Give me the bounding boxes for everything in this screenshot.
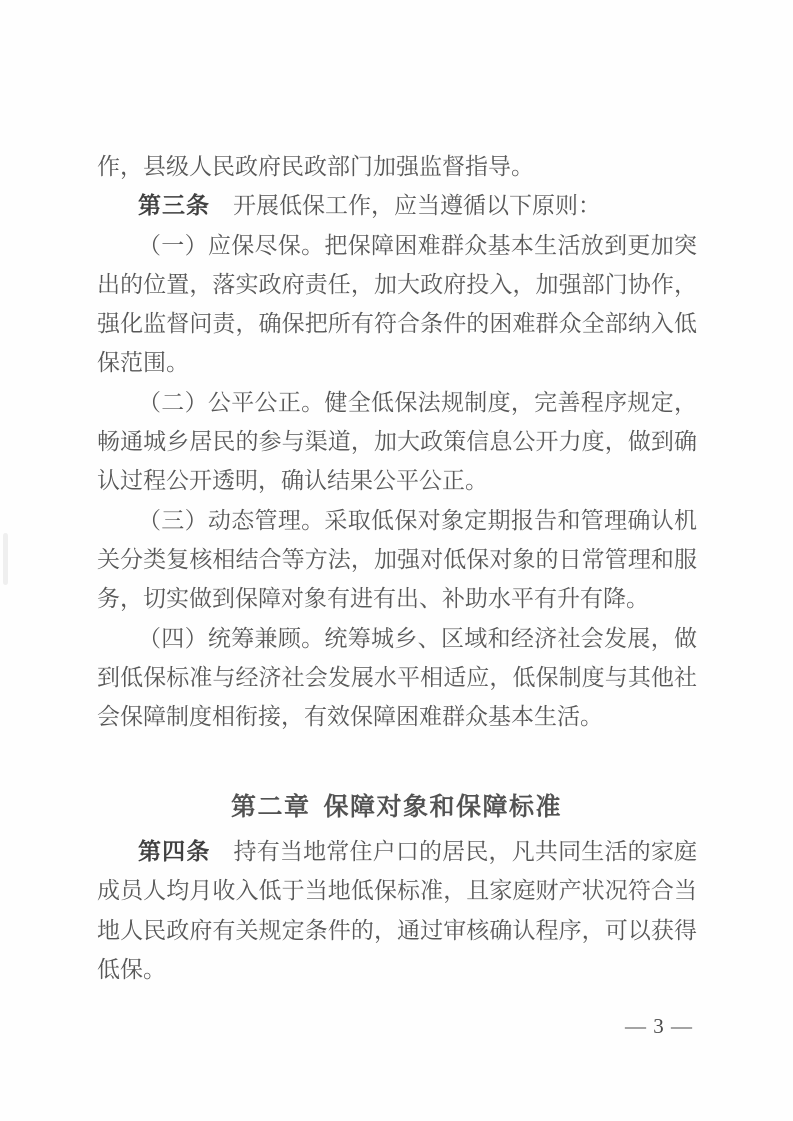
article-4-line: 第四条持有当地常住户口的居民，凡共同生活的家庭 xyxy=(97,832,697,871)
item-1-line: 强化监督问责，确保把所有符合条件的困难群众全部纳入低 xyxy=(97,304,697,343)
item-2-line: 畅通城乡居民的参与渠道，加大政策信息公开力度，做到确 xyxy=(97,422,697,461)
article-3-line: 第三条开展低保工作，应当遵循以下原则： xyxy=(97,186,697,225)
scanned-document-page: 作，县级人民政府民政部门加强监督指导。 第三条开展低保工作，应当遵循以下原则： … xyxy=(0,0,793,1121)
chapter-title: 保障对象和保障标准 xyxy=(324,793,563,821)
chapter-heading: 第二章保障对象和保障标准 xyxy=(0,789,793,825)
article-3-label: 第三条 xyxy=(138,193,210,218)
chapter-number: 第二章 xyxy=(231,793,311,821)
scan-artifact xyxy=(3,533,8,585)
article-4-label: 第四条 xyxy=(138,839,211,864)
item-4-line: （四）统筹兼顾。统筹城乡、区域和经济社会发展，做 xyxy=(97,619,697,658)
item-3-line: （三）动态管理。采取低保对象定期报告和管理确认机 xyxy=(97,501,697,540)
item-4-line: 到低保标准与经济社会发展水平相适应，低保制度与其他社 xyxy=(97,658,697,697)
item-2-line: 认过程公开透明，确认结果公平公正。 xyxy=(97,461,697,500)
item-3-line: 务，切实做到保障对象有进有出、补助水平有升有降。 xyxy=(97,579,697,618)
item-4-line: 会保障制度相衔接，有效保障困难群众基本生活。 xyxy=(97,697,697,736)
item-1-line: （一）应保尽保。把保障困难群众基本生活放到更加突 xyxy=(97,226,697,265)
article-4-line: 地人民政府有关规定条件的，通过审核确认程序，可以获得 xyxy=(97,911,697,950)
article-3-text: 开展低保工作，应当遵循以下原则： xyxy=(233,193,601,218)
document-body: 作，县级人民政府民政部门加强监督指导。 第三条开展低保工作，应当遵循以下原则： … xyxy=(97,147,697,736)
article-4-line: 低保。 xyxy=(97,950,697,989)
item-1-line: 保范围。 xyxy=(97,343,697,382)
article-4-line: 成员人均月收入低于当地低保标准，且家庭财产状况符合当 xyxy=(97,871,697,910)
body-line: 作，县级人民政府民政部门加强监督指导。 xyxy=(97,147,697,186)
article-4-text: 持有当地常住户口的居民，凡共同生活的家庭 xyxy=(234,839,697,864)
page-number: — 3 — xyxy=(625,1014,693,1039)
item-1-line: 出的位置，落实政府责任，加大政府投入，加强部门协作， xyxy=(97,265,697,304)
item-2-line: （二）公平公正。健全低保法规制度，完善程序规定， xyxy=(97,383,697,422)
item-3-line: 关分类复核相结合等方法，加强对低保对象的日常管理和服 xyxy=(97,540,697,579)
article-4-paragraph: 第四条持有当地常住户口的居民，凡共同生活的家庭 成员人均月收入低于当地低保标准，… xyxy=(97,832,697,989)
